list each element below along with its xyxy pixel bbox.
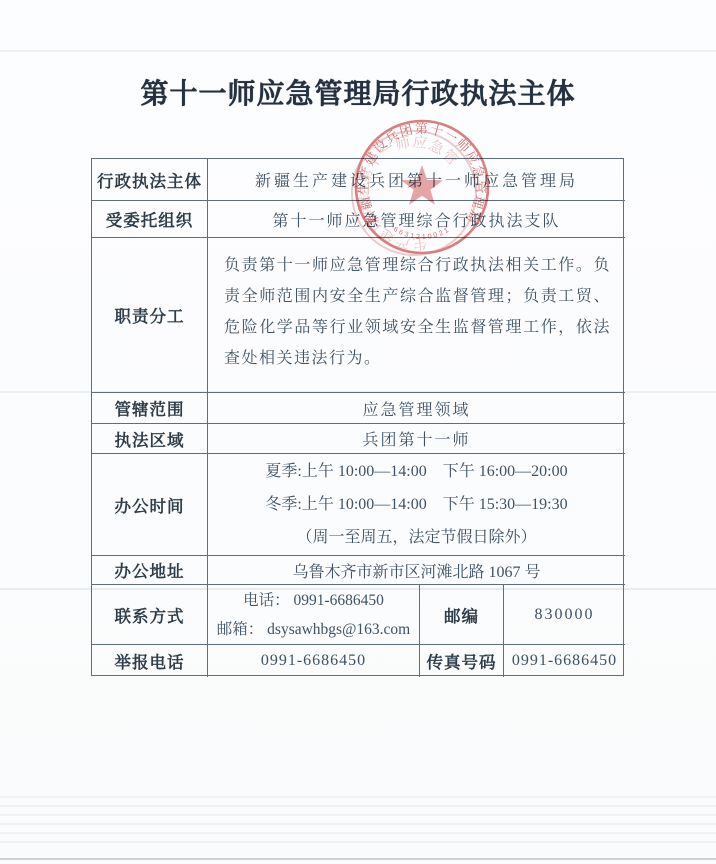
row-label-commissioned-org: 受委托组织 — [92, 201, 208, 238]
info-table: 行政执法主体 新疆生产建设兵团第十一师应急管理局 受委托组织 第十一师应急管理综… — [91, 158, 624, 676]
cell-office-hours: 夏季:上午 10:00—14:00 下午 16:00—20:00 冬季:上午 1… — [208, 454, 625, 556]
cell-duties: 负责第十一师应急管理综合行政执法相关工作。负责全师范围内安全生产综合监督管理；负… — [208, 238, 625, 393]
contact-phone: 电话： 0991-6686450 — [243, 586, 384, 615]
cell-enforcement-area: 兵团第十一师 — [208, 424, 625, 454]
row-label-postal-code: 邮编 — [420, 585, 504, 645]
row-label-contact-info: 联系方式 — [92, 585, 208, 645]
row-label-jurisdiction-scope: 管辖范围 — [92, 393, 208, 424]
row-label-duties: 职责分工 — [92, 238, 208, 393]
office-hours-note: （周一至周五，法定节假日除外） — [296, 521, 536, 554]
row-label-enforcement-subject: 行政执法主体 — [92, 159, 208, 201]
row-label-enforcement-area: 执法区域 — [92, 424, 208, 454]
cell-postal-code: 830000 — [504, 585, 625, 645]
cell-enforcement-subject: 新疆生产建设兵团第十一师应急管理局 — [208, 159, 625, 201]
cell-commissioned-org: 第十一师应急管理综合行政执法支队 — [208, 201, 625, 238]
scan-edge-line — [0, 858, 716, 860]
office-hours-winter: 冬季:上午 10:00—14:00 下午 15:30—19:30 — [265, 488, 567, 521]
page-title: 第十一师应急管理局行政执法主体 — [0, 72, 716, 112]
scan-noise — [0, 796, 716, 844]
office-hours-summer: 夏季:上午 10:00—14:00 下午 16:00—20:00 — [265, 455, 567, 488]
cell-fax-number: 0991-6686450 — [504, 645, 625, 677]
cell-office-address: 乌鲁木齐市新市区河滩北路 1067 号 — [208, 556, 625, 585]
document-page: 第十一师应急管理局行政执法主体 行政执法主体 新疆生产建设兵团第十一师应急管理局… — [0, 0, 716, 864]
row-label-fax-number: 传真号码 — [420, 645, 504, 677]
cell-jurisdiction-scope: 应急管理领域 — [208, 393, 625, 424]
row-label-office-address: 办公地址 — [92, 556, 208, 585]
cell-contact-phone-email: 电话： 0991-6686450 邮箱： dsysawhbgs@163.com — [208, 585, 420, 645]
row-label-report-phone: 举报电话 — [92, 645, 208, 677]
cell-report-phone: 0991-6686450 — [208, 645, 420, 677]
row-label-office-hours: 办公时间 — [92, 454, 208, 556]
contact-email: 邮箱： dsysawhbgs@163.com — [217, 615, 410, 644]
scan-streak — [0, 50, 716, 52]
